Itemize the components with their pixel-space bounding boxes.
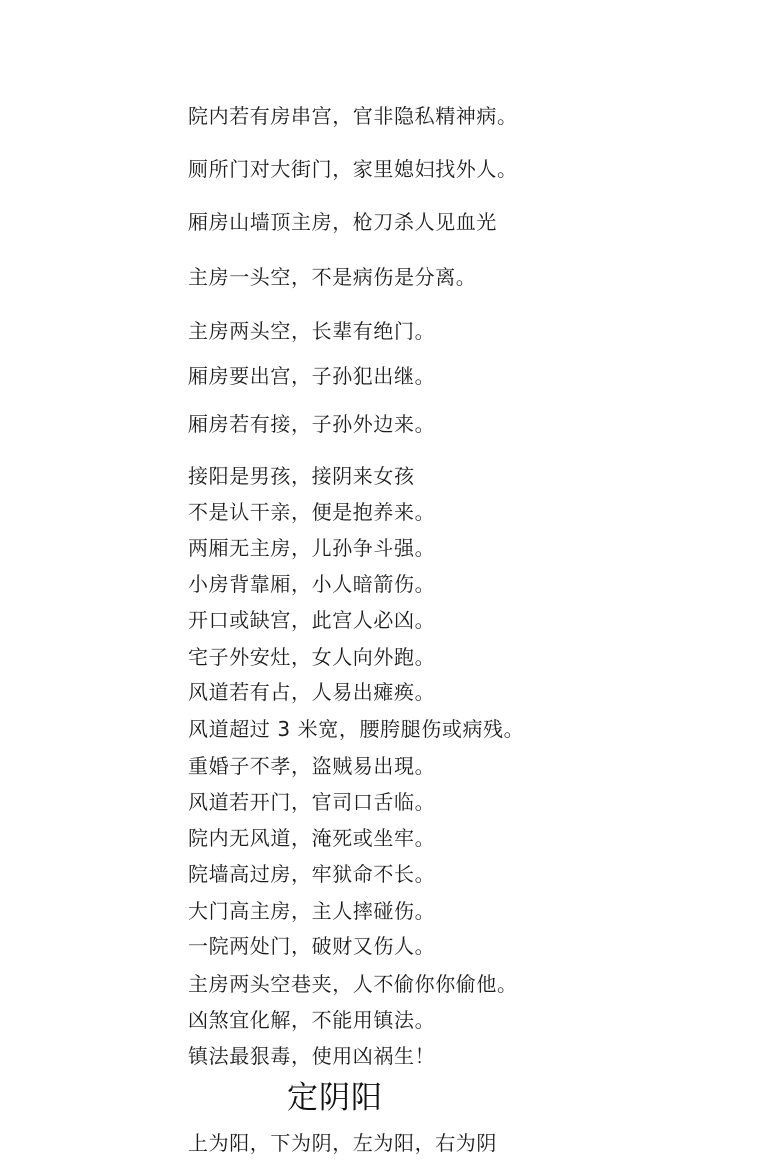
text-line-22: 主房两头空巷夹，人不偷你你偷他。: [188, 972, 518, 996]
text-line-3: 厢房山墙顶主房，枪刀杀人见血光: [188, 210, 497, 234]
text-line-5: 主房两头空，长辈有绝门。: [188, 319, 435, 343]
text-line-19: 院墙高过房，牢狱命不长。: [188, 862, 435, 886]
text-line-8: 接阳是男孩，接阴来女孩: [188, 464, 415, 488]
text-line-24: 镇法最狠毒，使用凶祸生！: [188, 1044, 435, 1068]
text-line-15: 风道超过 3 米宽，腰胯腿伤或病残。: [188, 717, 524, 741]
text-line-4: 主房一头空，不是病伤是分离。: [188, 265, 476, 289]
section-title: 定阴阳: [287, 1080, 383, 1116]
text-line-14: 风道若有占，人易出瘫痪。: [188, 680, 435, 704]
section-text-line: 上为阳，下为阴，左为阳，右为阴: [188, 1131, 497, 1155]
text-line-17: 风道若开门，官司口舌临。: [188, 790, 435, 814]
text-line-20: 大门高主房，主人摔碰伤。: [188, 899, 435, 923]
text-line-11: 小房背靠厢，小人暗箭伤。: [188, 572, 435, 596]
document-page: 院内若有房串宫，官非隐私精神病。 厕所门对大街门，家里媳妇找外人。 厢房山墙顶主…: [0, 0, 777, 1170]
text-line-13: 宅子外安灶，女人向外跑。: [188, 645, 435, 669]
text-line-12: 开口或缺宫，此宫人必凶。: [188, 608, 435, 632]
text-line-7: 厢房若有接，子孙外边来。: [188, 412, 435, 436]
text-line-2: 厕所门对大街门，家里媳妇找外人。: [188, 157, 518, 181]
text-line-6: 厢房要出宫，子孙犯出继。: [188, 364, 435, 388]
text-line-10: 两厢无主房，儿孙争斗强。: [188, 536, 435, 560]
text-line-16: 重婚子不孝，盗贼易出現。: [188, 754, 435, 778]
text-line-1: 院内若有房串宫，官非隐私精神病。: [188, 104, 518, 128]
text-line-9: 不是认干亲，便是抱养来。: [188, 500, 435, 524]
text-line-18: 院内无风道，淹死或坐牢。: [188, 826, 435, 850]
text-line-23: 凶煞宜化解，不能用镇法。: [188, 1008, 435, 1032]
text-line-21: 一院两处门，破财又伤人。: [188, 934, 435, 958]
